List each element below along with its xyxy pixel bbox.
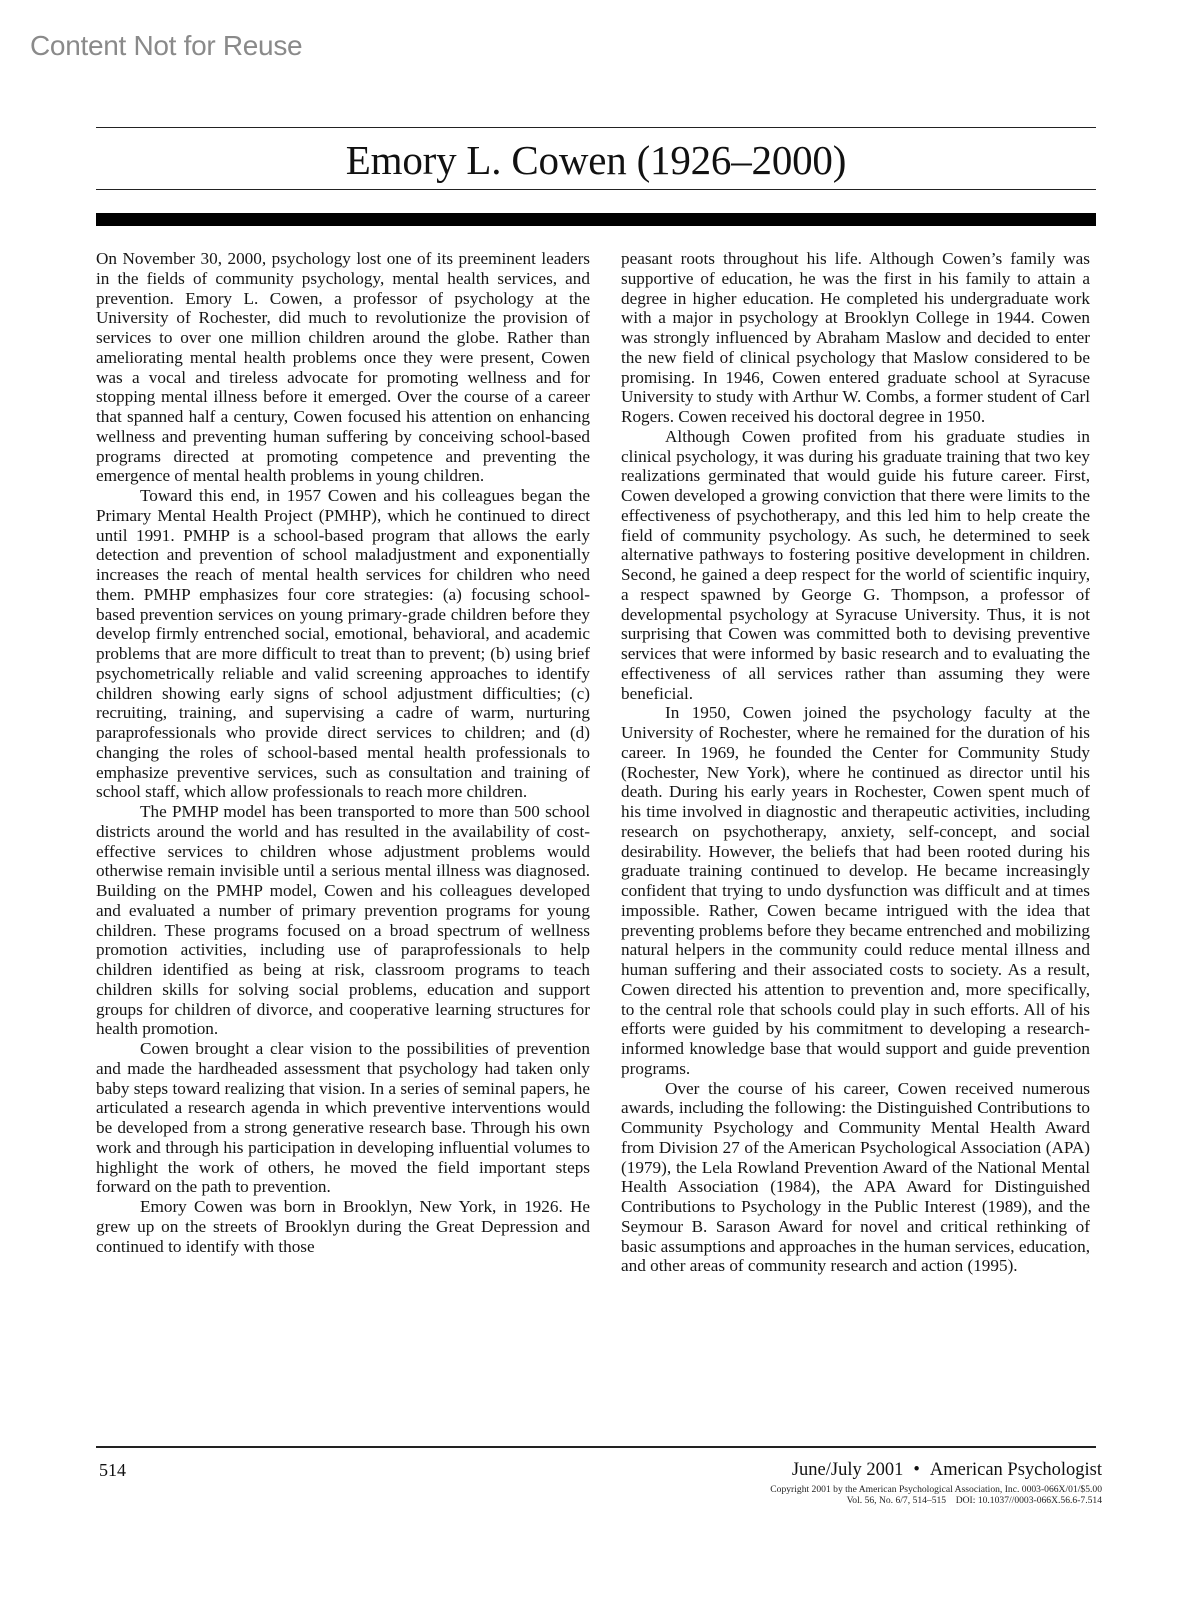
page-number: 514 [99,1460,126,1481]
title-bottom-rule [96,189,1096,190]
citation-line: Vol. 56, No. 6/7, 514–515 DOI: 10.1037//… [770,1495,1102,1506]
watermark-text: Content Not for Reuse [30,30,302,62]
paragraph: peasant roots throughout his life. Altho… [621,249,1090,427]
left-column: On November 30, 2000, psychology lost on… [96,249,590,1256]
right-column: peasant roots throughout his life. Altho… [621,249,1090,1276]
paragraph: Although Cowen profited from his graduat… [621,427,1090,704]
paragraph: Over the course of his career, Cowen rec… [621,1079,1090,1277]
copyright-block: Copyright 2001 by the American Psycholog… [770,1484,1102,1506]
issue-date: June/July 2001 [792,1460,904,1480]
thick-divider-bar [96,213,1096,226]
paragraph: In 1950, Cowen joined the psychology fac… [621,703,1090,1078]
copyright-line: Copyright 2001 by the American Psycholog… [770,1484,1102,1495]
paragraph: Emory Cowen was born in Brooklyn, New Yo… [96,1197,590,1256]
title-top-rule [96,127,1096,128]
journal-name: American Psychologist [930,1460,1102,1480]
article-title: Emory L. Cowen (1926–2000) [96,136,1096,184]
footer-rule [96,1446,1096,1448]
bullet-separator: • [913,1460,919,1481]
paragraph: Cowen brought a clear vision to the poss… [96,1039,590,1197]
paragraph: On November 30, 2000, psychology lost on… [96,249,590,486]
paragraph: Toward this end, in 1957 Cowen and his c… [96,486,590,802]
journal-issue-line: June/July 2001•American Psychologist [792,1460,1102,1481]
paragraph: The PMHP model has been transported to m… [96,802,590,1039]
